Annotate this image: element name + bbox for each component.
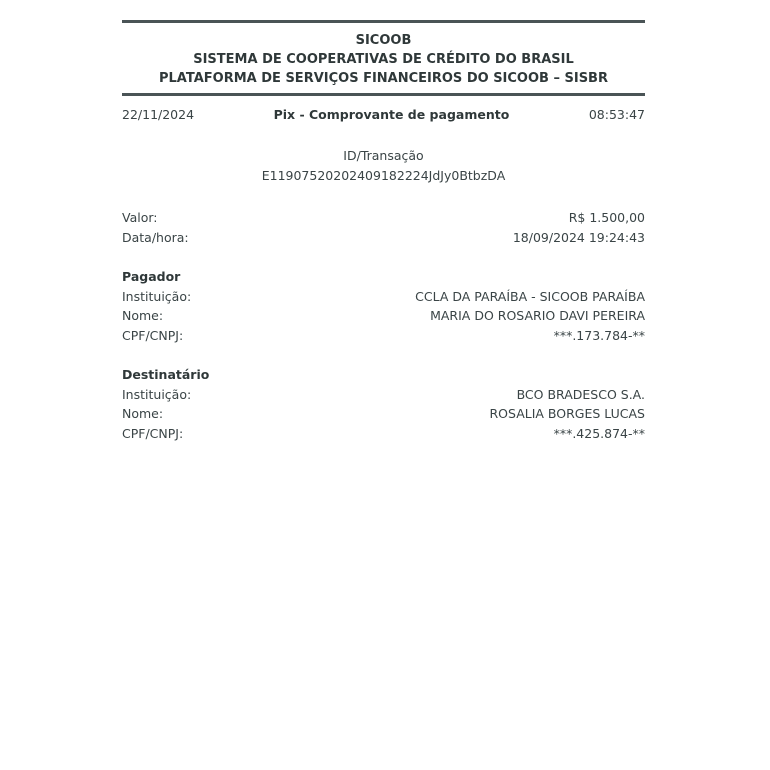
payer-cpf-value: ***.173.784-**: [554, 326, 645, 346]
recipient-row-nome: Nome: ROSALIA BORGES LUCAS: [122, 404, 645, 424]
header-divider: [122, 93, 645, 96]
valor-label: Valor:: [122, 208, 158, 228]
recipient-row-instituicao: Instituição: BCO BRADESCO S.A.: [122, 385, 645, 405]
recipient-cpf-value: ***.425.874-**: [554, 424, 645, 444]
receipt-date: 22/11/2024: [122, 107, 194, 122]
datahora-label: Data/hora:: [122, 228, 189, 248]
header-brand: SICOOB: [122, 31, 645, 50]
receipt-time: 08:53:47: [589, 107, 645, 122]
payer-section: Pagador Instituição: CCLA DA PARAÍBA - S…: [122, 267, 645, 345]
payer-nome-value: MARIA DO ROSARIO DAVI PEREIRA: [430, 306, 645, 326]
recipient-instituicao-label: Instituição:: [122, 385, 191, 405]
recipient-cpf-label: CPF/CNPJ:: [122, 424, 183, 444]
detail-row-valor: Valor: R$ 1.500,00: [122, 208, 645, 228]
recipient-section-title: Destinatário: [122, 365, 645, 385]
recipient-nome-value: ROSALIA BORGES LUCAS: [490, 404, 646, 424]
payer-row-cpf: CPF/CNPJ: ***.173.784-**: [122, 326, 645, 346]
datahora-value: 18/09/2024 19:24:43: [513, 228, 645, 248]
payer-row-nome: Nome: MARIA DO ROSARIO DAVI PEREIRA: [122, 306, 645, 326]
receipt-title: Pix - Comprovante de pagamento: [274, 107, 510, 122]
recipient-section: Destinatário Instituição: BCO BRADESCO S…: [122, 365, 645, 443]
payment-details: Valor: R$ 1.500,00 Data/hora: 18/09/2024…: [122, 208, 645, 247]
payer-row-instituicao: Instituição: CCLA DA PARAÍBA - SICOOB PA…: [122, 287, 645, 307]
receipt-subheader: 22/11/2024 Pix - Comprovante de pagament…: [122, 104, 645, 124]
recipient-nome-label: Nome:: [122, 404, 163, 424]
transaction-id-value: E11907520202409182224JdJy0BtbzDA: [122, 166, 645, 186]
receipt-header: SICOOB SISTEMA DE COOPERATIVAS DE CRÉDIT…: [122, 23, 645, 93]
valor-value: R$ 1.500,00: [569, 208, 645, 228]
payer-instituicao-value: CCLA DA PARAÍBA - SICOOB PARAÍBA: [415, 287, 645, 307]
payment-receipt: SICOOB SISTEMA DE COOPERATIVAS DE CRÉDIT…: [122, 20, 645, 443]
payer-instituicao-label: Instituição:: [122, 287, 191, 307]
recipient-instituicao-value: BCO BRADESCO S.A.: [517, 385, 645, 405]
header-platform-name: PLATAFORMA DE SERVIÇOS FINANCEIROS DO SI…: [122, 69, 645, 88]
header-system-name: SISTEMA DE COOPERATIVAS DE CRÉDITO DO BR…: [122, 50, 645, 69]
payer-section-title: Pagador: [122, 267, 645, 287]
transaction-id-block: ID/Transação E11907520202409182224JdJy0B…: [122, 146, 645, 186]
transaction-id-label: ID/Transação: [122, 146, 645, 166]
recipient-row-cpf: CPF/CNPJ: ***.425.874-**: [122, 424, 645, 444]
detail-row-datahora: Data/hora: 18/09/2024 19:24:43: [122, 228, 645, 248]
payer-cpf-label: CPF/CNPJ:: [122, 326, 183, 346]
payer-nome-label: Nome:: [122, 306, 163, 326]
